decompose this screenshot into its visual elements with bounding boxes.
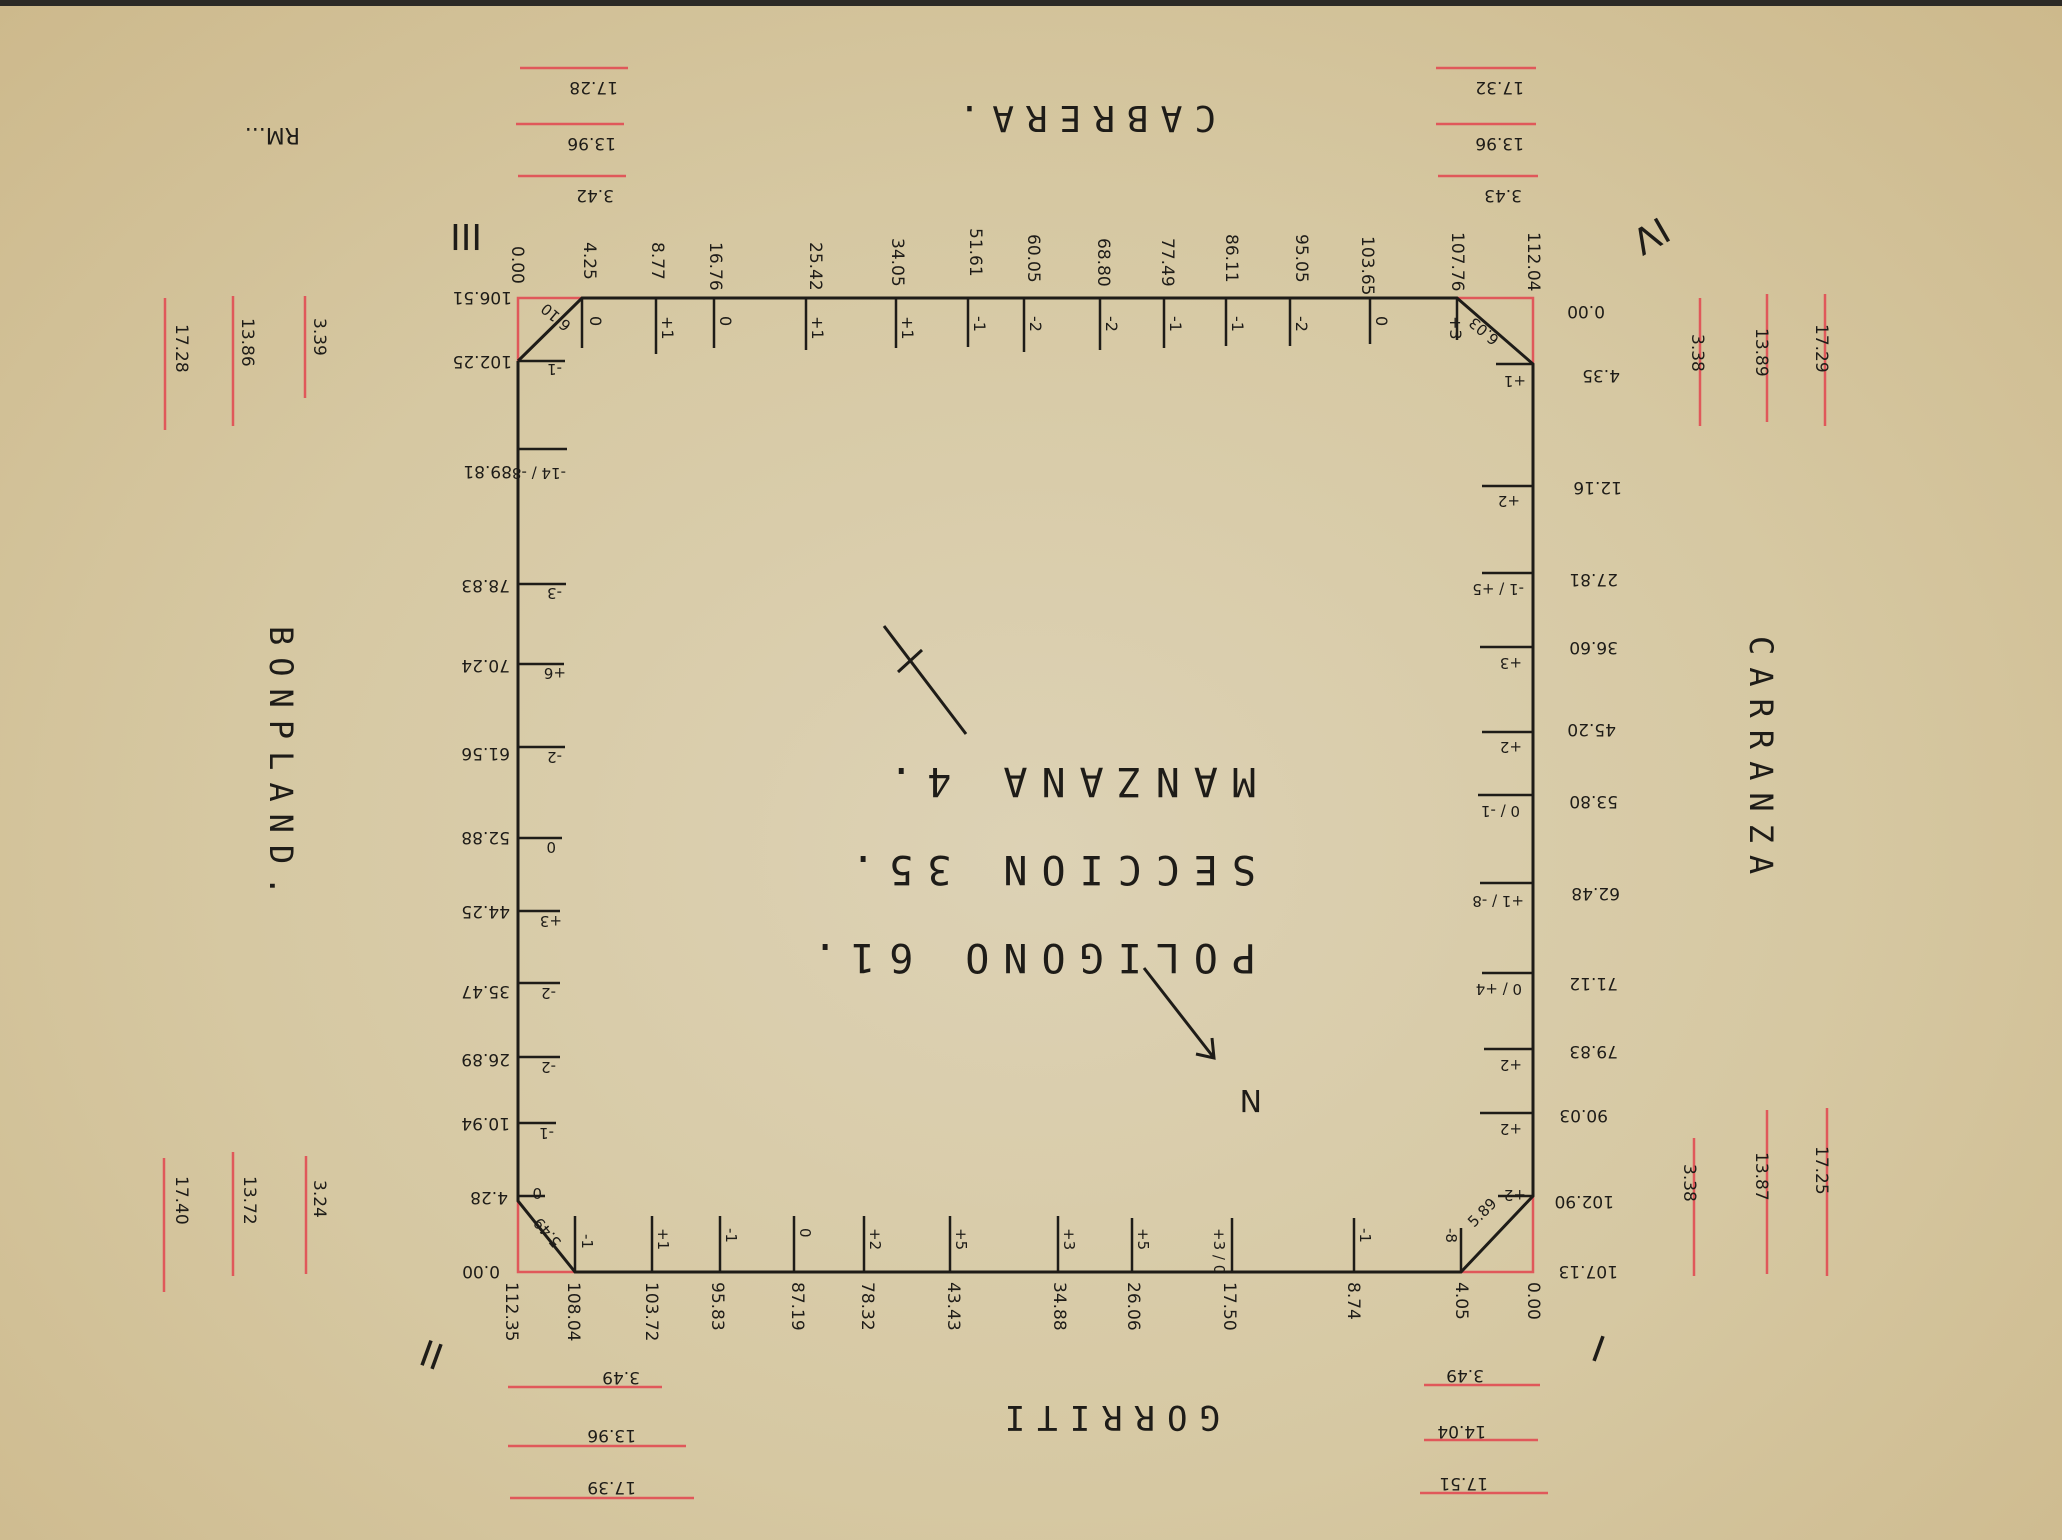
distance-label: 78.83 xyxy=(461,575,510,595)
margin-notes-left-bottom: 3.24 13.72 17.40 xyxy=(164,1152,329,1292)
distance-label: 34.88 xyxy=(1049,1282,1069,1331)
margin-note: 13.89 xyxy=(1751,328,1771,377)
margin-notes-top-left: 17.28 13.96 3.42 xyxy=(516,68,628,205)
distance-label: 17.50 xyxy=(1219,1282,1239,1331)
offset-label: -14 / -8 xyxy=(512,464,566,482)
distance-label: 102.25 xyxy=(453,351,512,371)
distance-label: 35.47 xyxy=(461,981,510,1001)
chamfer-label: 5.89 xyxy=(1464,1194,1500,1230)
offset-label: -2 xyxy=(541,984,556,1002)
initials-signature: RM... xyxy=(245,122,300,147)
distance-label: 103.72 xyxy=(641,1282,661,1341)
distance-label: 103.65 xyxy=(1357,236,1377,295)
distance-label: 90.03 xyxy=(1559,1105,1608,1125)
margin-note: 13.86 xyxy=(237,318,257,367)
offset-label: +2 xyxy=(1498,492,1520,510)
distance-label: 60.05 xyxy=(1023,234,1043,283)
offset-label: -3 xyxy=(547,584,562,602)
street-name-left: BONPLAND. xyxy=(262,626,300,907)
distance-label: 95.05 xyxy=(1291,234,1311,283)
top-edge-ticks xyxy=(582,298,1457,354)
distance-label: 26.06 xyxy=(1123,1282,1143,1331)
margin-notes-top-right: 17.32 13.96 3.43 xyxy=(1436,68,1538,205)
top-offset-labels: 0 +1 0 +1 +1 -1 -2 -2 -1 -1 -2 0 +3 xyxy=(586,316,1465,340)
margin-notes-bottom-left: 3.49 13.96 17.39 xyxy=(508,1367,694,1498)
offset-label: 0 / -1 xyxy=(1481,802,1520,820)
distance-label: 106.51 xyxy=(453,287,512,307)
margin-note: 13.96 xyxy=(567,133,616,153)
margin-note: 3.39 xyxy=(309,318,329,356)
offset-label: -1 xyxy=(539,1124,554,1142)
north-label: N xyxy=(1240,1082,1262,1117)
distance-label: 0.00 xyxy=(462,1261,500,1281)
distance-label: 8.77 xyxy=(647,242,667,280)
distance-label: 52.88 xyxy=(461,827,510,847)
margin-notes-bottom-right: 3.49 14.04 17.51 xyxy=(1420,1365,1548,1493)
margin-note: 3.24 xyxy=(309,1180,329,1218)
margin-note: 13.87 xyxy=(1751,1152,1771,1201)
offset-label: -1 xyxy=(722,1228,740,1243)
offset-label: -2 xyxy=(547,748,562,766)
distance-label: 108.04 xyxy=(563,1282,583,1341)
chamfer-label: 5.49 xyxy=(530,1214,565,1251)
distance-label: 12.16 xyxy=(1573,477,1622,497)
offset-label: +3 xyxy=(1446,316,1465,340)
offset-label: 0 xyxy=(586,316,605,326)
offset-label: -1 xyxy=(1356,1228,1374,1243)
margin-note: 17.25 xyxy=(1811,1146,1831,1195)
distance-label: 87.19 xyxy=(787,1282,807,1331)
right-offset-labels: +1 +2 -1 / +5 +3 +2 0 / -1 +1 / -8 0 / +… xyxy=(1472,372,1526,1204)
offset-label: +3 xyxy=(1500,654,1522,672)
distance-label: 86.11 xyxy=(1221,234,1241,283)
margin-note: 3.43 xyxy=(1484,185,1522,205)
offset-label: 0 xyxy=(532,1184,542,1202)
offset-label: -2 xyxy=(1292,316,1311,332)
distance-label: 78.32 xyxy=(857,1282,877,1331)
margin-note: 3.49 xyxy=(1446,1365,1484,1385)
distance-label: 16.76 xyxy=(705,242,725,291)
offset-label: +2 xyxy=(866,1228,884,1250)
chamfer-label: 6.10 xyxy=(537,299,574,334)
offset-label: -2 xyxy=(1026,316,1045,332)
distance-label: 112.35 xyxy=(501,1282,521,1341)
offset-label: +2 xyxy=(1504,1186,1526,1204)
margin-note: 3.42 xyxy=(576,185,614,205)
distance-label: 53.80 xyxy=(1569,791,1618,811)
distance-label: 43.43 xyxy=(943,1282,963,1331)
margin-note: 3.49 xyxy=(602,1367,640,1387)
offset-label: -1 xyxy=(970,316,989,332)
left-offset-labels: -1 -14 / -8 -3 +6 -2 0 +3 -2 -2 -1 0 xyxy=(512,360,566,1202)
offset-label: -2 xyxy=(541,1058,556,1076)
distance-label: 95.83 xyxy=(707,1282,727,1331)
survey-plan-sheet: 0.00 4.25 8.77 16.76 25.42 34.05 51.61 6… xyxy=(0,0,2062,1540)
title-block: MANZANA 4. SECCION 35. POLIGONO 61. xyxy=(799,758,1256,980)
margin-note: 17.29 xyxy=(1811,324,1831,373)
offset-label: -2 xyxy=(1102,316,1121,332)
plan-drawing: 0.00 4.25 8.77 16.76 25.42 34.05 51.61 6… xyxy=(0,6,2062,1540)
offset-label: +1 xyxy=(654,1228,672,1250)
bottom-distance-labels: 112.35 108.04 103.72 95.83 87.19 78.32 4… xyxy=(501,1282,1543,1341)
distance-label: 10.94 xyxy=(461,1113,510,1133)
offset-label: 0 xyxy=(716,316,735,326)
distance-label: 51.61 xyxy=(965,228,985,277)
offset-label: +3 xyxy=(1060,1228,1078,1250)
offset-label: +5 xyxy=(952,1228,970,1250)
street-name-right: CARRANZA xyxy=(1742,636,1780,886)
offset-label: -1 xyxy=(578,1234,596,1249)
margin-notes-right-top: 3.38 13.89 17.29 xyxy=(1687,294,1831,426)
top-distance-labels: 0.00 4.25 8.77 16.76 25.42 34.05 51.61 6… xyxy=(507,228,1543,295)
margin-note: 17.40 xyxy=(171,1176,191,1225)
distance-label: 112.04 xyxy=(1523,232,1543,291)
margin-note: 17.32 xyxy=(1475,77,1524,97)
distance-label: 71.12 xyxy=(1569,973,1618,993)
corner-numeral-ii: II xyxy=(415,1330,449,1376)
distance-label: 107.13 xyxy=(1559,1261,1618,1281)
distance-label: 0.00 xyxy=(1567,301,1605,321)
title-poligono: POLIGONO 61. xyxy=(799,934,1256,980)
margin-note: 13.72 xyxy=(239,1176,259,1225)
distance-label: 44.25 xyxy=(461,901,510,921)
left-distance-labels: 106.51 102.25 89.81 78.83 70.24 61.56 52… xyxy=(453,287,512,1281)
margin-note: 13.96 xyxy=(1475,133,1524,153)
title-manzana: MANZANA 4. xyxy=(875,758,1256,804)
distance-label: 102.90 xyxy=(1555,1191,1614,1211)
distance-label: 0.00 xyxy=(507,246,527,284)
offset-label: +1 xyxy=(808,316,827,340)
offset-label: +2 xyxy=(1500,1056,1522,1074)
offset-label: +1 xyxy=(658,316,677,340)
street-name-top: CABRERA. xyxy=(947,97,1216,138)
margin-note: 3.38 xyxy=(1679,1164,1699,1202)
offset-label: +2 xyxy=(1500,1120,1522,1138)
offset-label: +1 xyxy=(898,316,917,340)
bottom-offset-labels: -1 +1 -1 0 +2 +5 +3 +5 +3 / 0 -1 -8 xyxy=(578,1228,1460,1274)
offset-label: +1 / -8 xyxy=(1472,892,1524,910)
corner-numeral-i: I xyxy=(1587,1326,1611,1368)
offset-label: 0 xyxy=(546,838,556,856)
margin-note: 17.51 xyxy=(1439,1473,1488,1493)
distance-label: 4.28 xyxy=(470,1187,508,1207)
right-distance-labels: 0.00 4.35 12.16 27.81 36.60 45.20 53.80 … xyxy=(1555,301,1622,1281)
distance-label: 62.48 xyxy=(1571,883,1620,903)
distance-label: 34.05 xyxy=(887,238,907,287)
corner-numeral-iv: IV xyxy=(1625,208,1676,261)
offset-label: +6 xyxy=(544,664,566,682)
distance-label: 36.60 xyxy=(1569,637,1618,657)
distance-label: 107.76 xyxy=(1447,232,1467,291)
distance-label: 79.83 xyxy=(1569,1041,1618,1061)
margin-note: 17.28 xyxy=(569,77,618,97)
street-name-bottom: GORRITI xyxy=(993,1397,1220,1437)
margin-notes-left-top: 3.39 13.86 17.28 xyxy=(165,296,329,430)
cross-marker-icon xyxy=(884,626,966,734)
margin-note: 3.38 xyxy=(1687,334,1707,372)
distance-label: 70.24 xyxy=(461,655,510,675)
offset-label: 0 / +4 xyxy=(1476,980,1522,998)
offset-label: -1 xyxy=(1166,316,1185,332)
margin-note: 14.04 xyxy=(1437,1421,1486,1441)
distance-label: 8.74 xyxy=(1343,1282,1363,1320)
distance-label: 45.20 xyxy=(1567,719,1616,739)
distance-label: 25.42 xyxy=(805,242,825,291)
margin-note: 17.39 xyxy=(587,1477,636,1497)
offset-label: 0 xyxy=(796,1228,814,1238)
margin-note: 13.96 xyxy=(587,1425,636,1445)
distance-label: 27.81 xyxy=(1569,569,1618,589)
distance-label: 0.00 xyxy=(1523,1282,1543,1320)
corner-numeral-iii: III xyxy=(450,215,482,256)
distance-label: 26.89 xyxy=(461,1049,510,1069)
offset-label: +2 xyxy=(1500,738,1522,756)
offset-label: +3 xyxy=(540,912,562,930)
offset-label: -1 xyxy=(547,360,562,378)
offset-label: +5 xyxy=(1134,1228,1152,1250)
distance-label: 4.35 xyxy=(1582,365,1620,385)
distance-label: 4.25 xyxy=(579,242,599,280)
offset-label: 0 xyxy=(1372,316,1391,326)
distance-label: 68.80 xyxy=(1093,238,1113,287)
title-seccion: SECCION 35. xyxy=(837,846,1256,892)
offset-label: -1 xyxy=(1228,316,1247,332)
distance-label: 77.49 xyxy=(1157,238,1177,287)
margin-notes-right-bottom: 3.38 13.87 17.25 xyxy=(1679,1108,1831,1276)
margin-note: 17.28 xyxy=(171,324,191,373)
offset-label: -8 xyxy=(1442,1228,1460,1243)
north-arrow-icon xyxy=(1144,968,1214,1058)
offset-label: +3 / 0 xyxy=(1210,1228,1228,1274)
distance-label: 89.81 xyxy=(463,461,512,481)
distance-label: 61.56 xyxy=(461,743,510,763)
offset-label: -1 / +5 xyxy=(1472,580,1524,598)
distance-label: 4.05 xyxy=(1451,1282,1471,1320)
chamfer-label: 6.03 xyxy=(1465,313,1502,348)
bottom-edge-ticks xyxy=(575,1216,1461,1272)
offset-label: +1 xyxy=(1504,372,1526,390)
